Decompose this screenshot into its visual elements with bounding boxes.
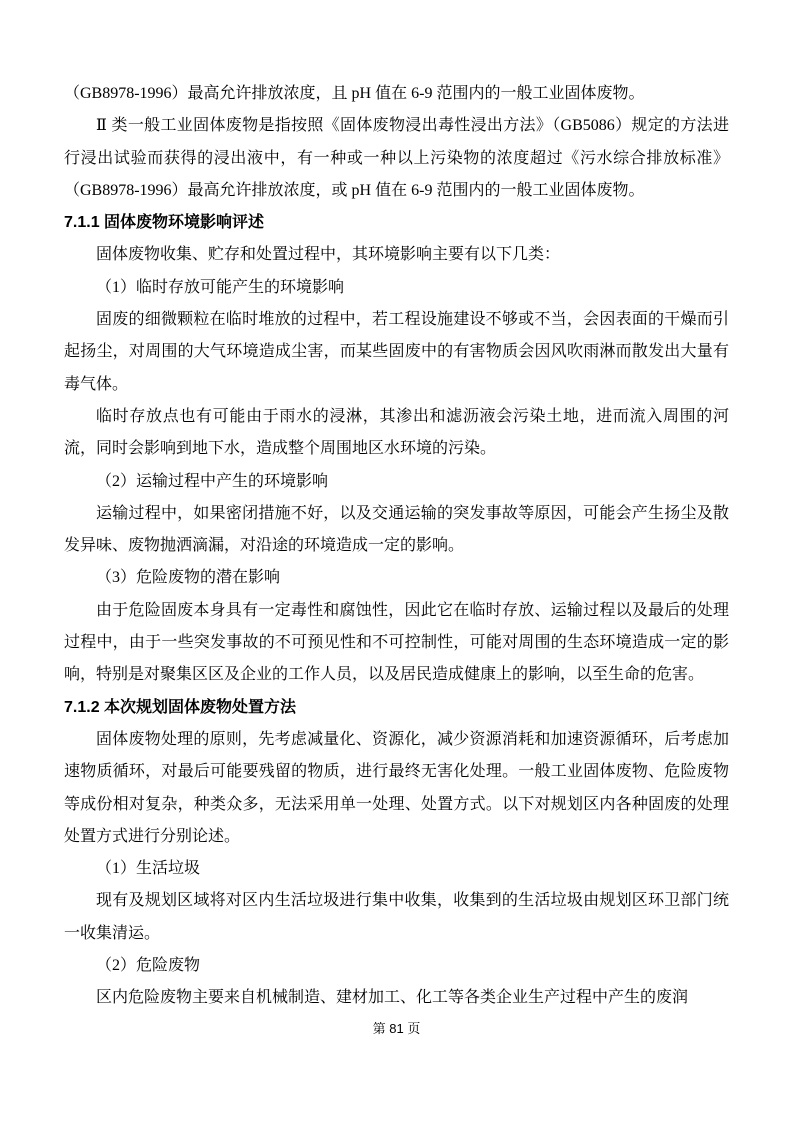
section-heading-7-1-1: 7.1.1 固体废物环境影响评述 — [64, 207, 729, 239]
paragraph: 固体废物收集、贮存和处置过程中，其环境影响主要有以下几类： — [64, 239, 729, 271]
paragraph: 固体废物处理的原则，先考虑减量化、资源化，减少资源消耗和加速资源循环，后考虑加速… — [64, 724, 729, 853]
paragraph: 由于危险固废本身具有一定毒性和腐蚀性，因此它在临时存放、运输过程以及最后的处理过… — [64, 595, 729, 692]
page-number-footer: 第 81 页 — [0, 1018, 793, 1037]
document-body: （GB8978-1996）最高允许排放浓度，且 pH 值在 6-9 范围内的一般… — [64, 78, 729, 1015]
document-page: （GB8978-1996）最高允许排放浓度，且 pH 值在 6-9 范围内的一般… — [0, 0, 793, 1122]
list-item-heading: （3）危险废物的潜在影响 — [64, 562, 729, 594]
paragraph: 现有及规划区域将对区内生活垃圾进行集中收集，收集到的生活垃圾由规划区环卫部门统一… — [64, 885, 729, 950]
paragraph: Ⅱ 类一般工业固体废物是指按照《固体废物浸出毒性浸出方法》（GB5086）规定的… — [64, 110, 729, 207]
section-heading-7-1-2: 7.1.2 本次规划固体废物处置方法 — [64, 692, 729, 724]
list-item-heading: （2）危险废物 — [64, 950, 729, 982]
paragraph: （GB8978-1996）最高允许排放浓度，且 pH 值在 6-9 范围内的一般… — [64, 78, 729, 110]
list-item-heading: （1）生活垃圾 — [64, 853, 729, 885]
list-item-heading: （2）运输过程中产生的环境影响 — [64, 466, 729, 498]
paragraph: 运输过程中，如果密闭措施不好，以及交通运输的突发事故等原因，可能会产生扬尘及散发… — [64, 498, 729, 563]
paragraph: 临时存放点也有可能由于雨水的浸淋，其渗出和滤沥液会污染土地，进而流入周围的河流，… — [64, 401, 729, 466]
paragraph: 固废的细微颗粒在临时堆放的过程中，若工程设施建设不够或不当，会因表面的干燥而引起… — [64, 304, 729, 401]
paragraph: 区内危险废物主要来自机械制造、建材加工、化工等各类企业生产过程中产生的废润 — [64, 982, 729, 1014]
list-item-heading: （1）临时存放可能产生的环境影响 — [64, 272, 729, 304]
